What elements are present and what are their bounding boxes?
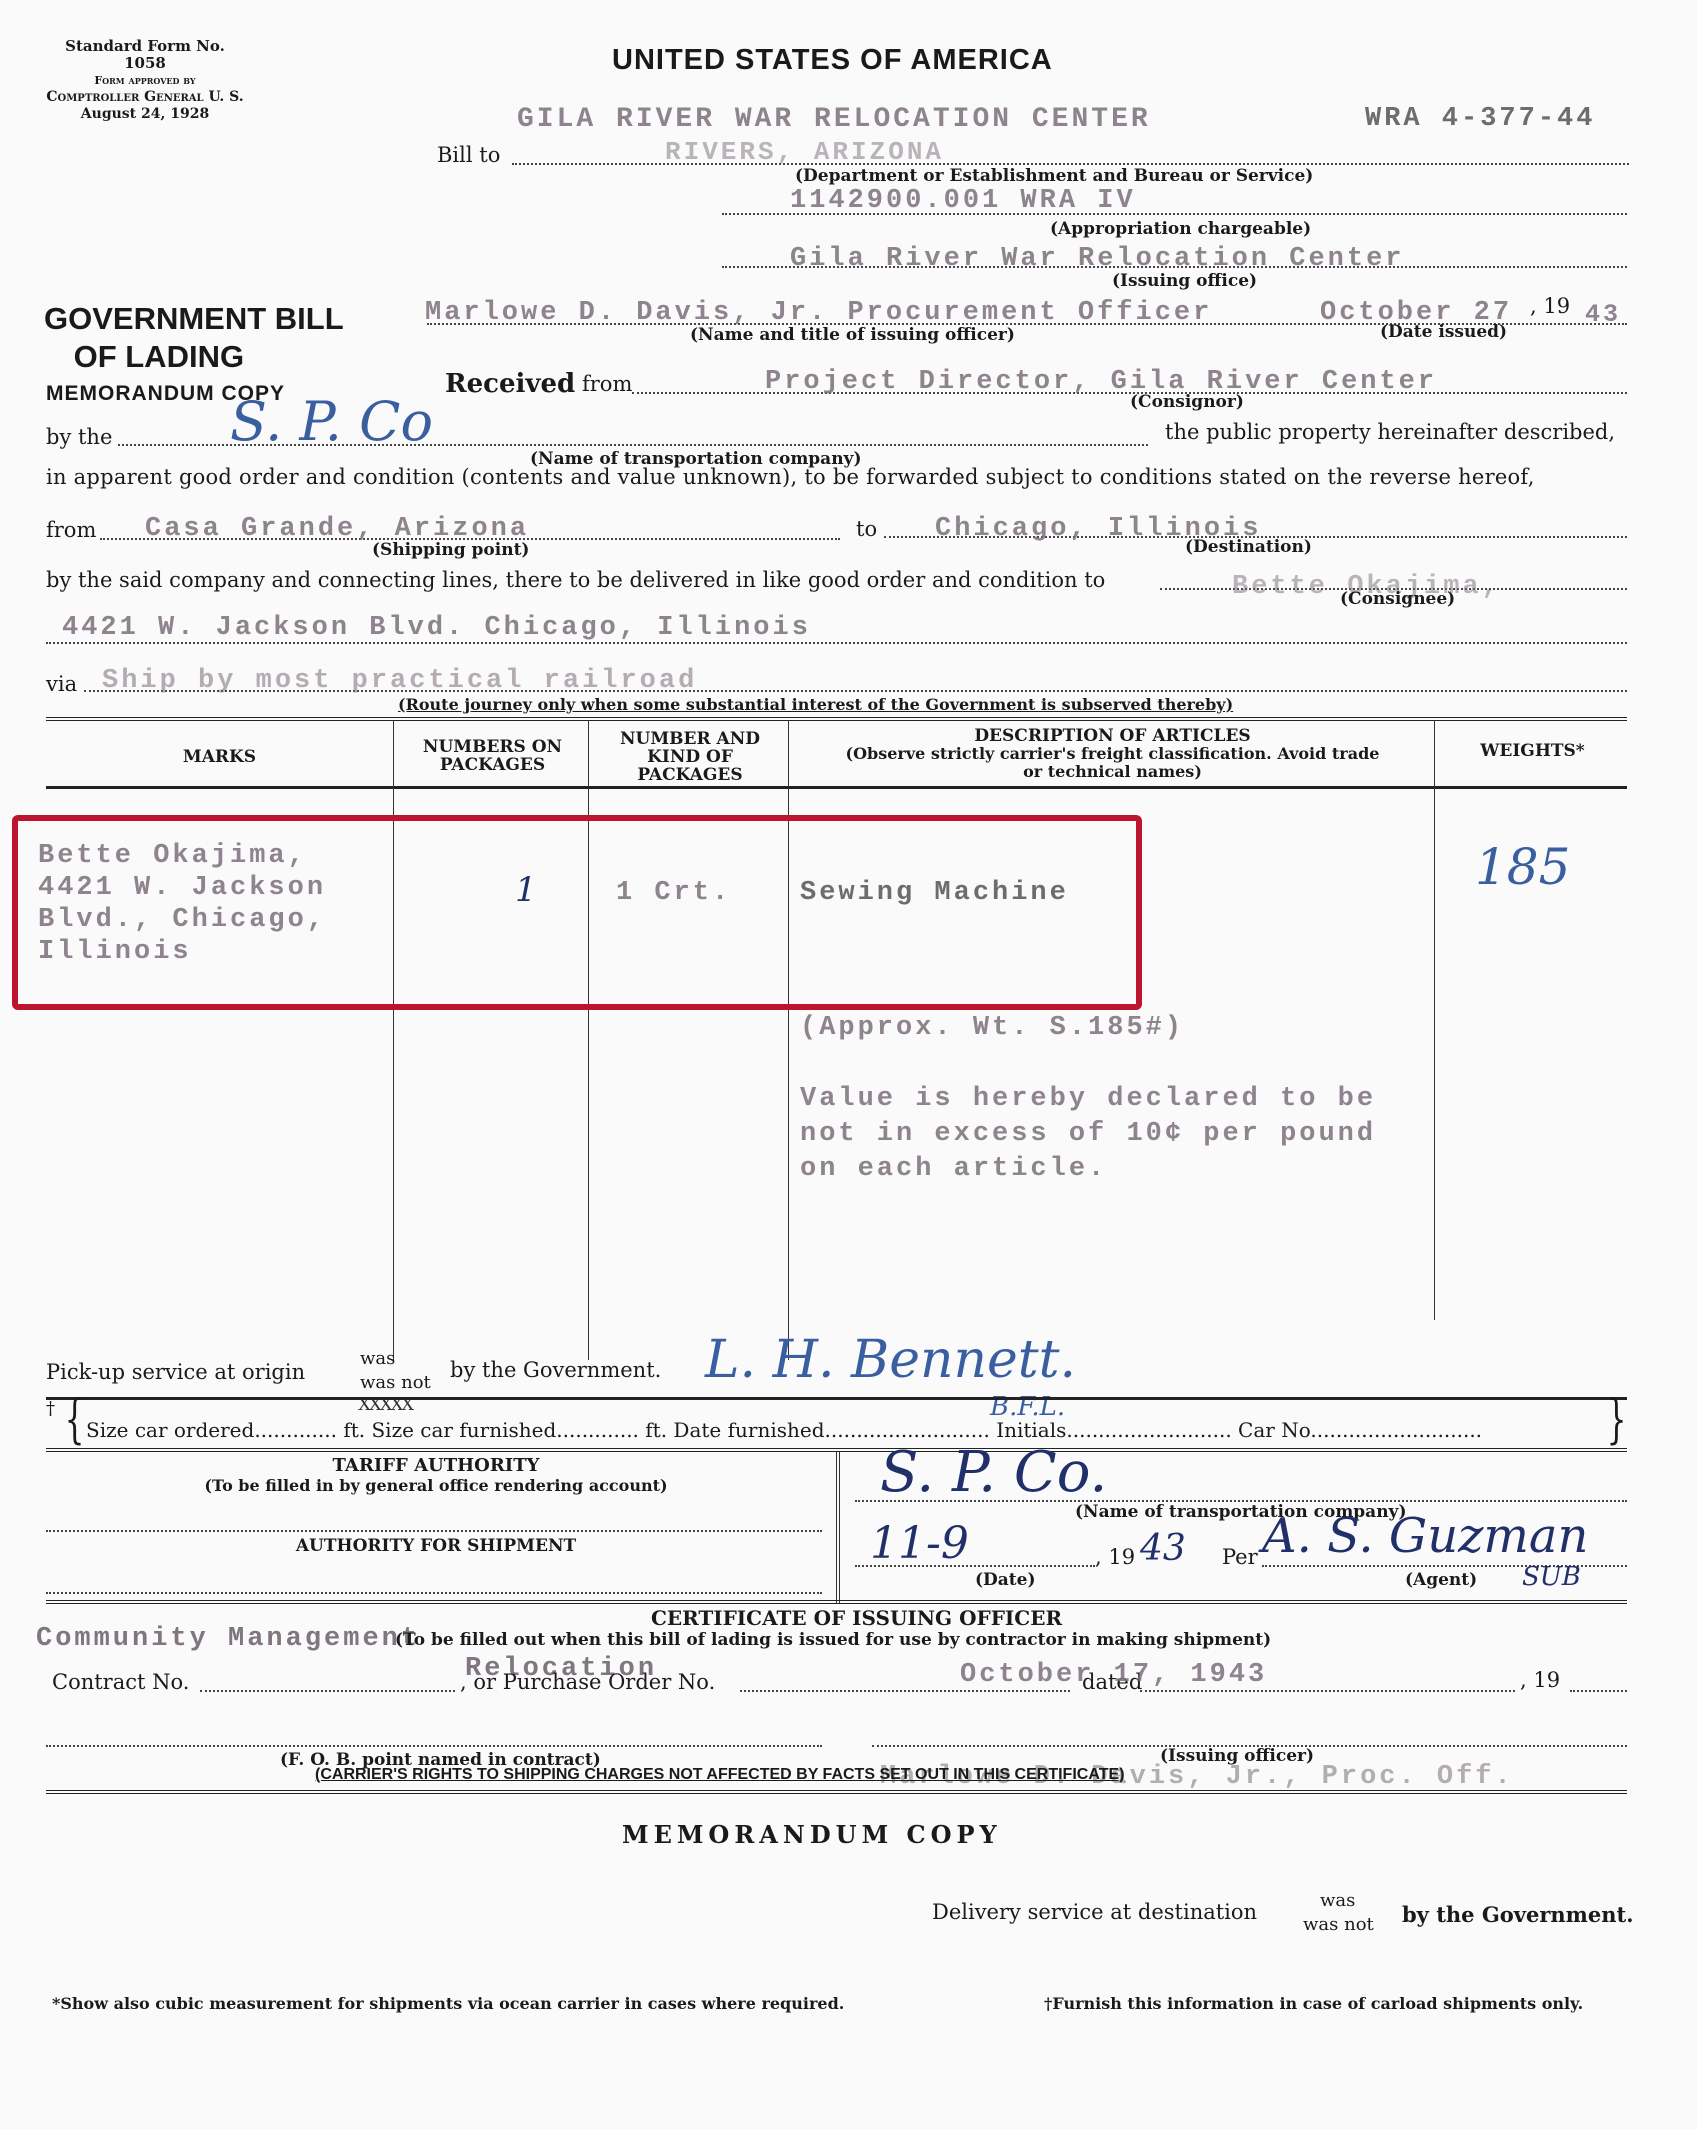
agent-year-value: 43 xyxy=(1140,1528,1186,1569)
destination-caption: (Destination) xyxy=(1185,537,1312,557)
certificate-subtitle: (To be filled out when this bill of ladi… xyxy=(395,1630,1271,1650)
pickup-signature: L. H. Bennett. xyxy=(705,1330,1076,1390)
size-car-furnished-label: ft. Size car furnished xyxy=(343,1418,556,1442)
bill-to-value-2: RIVERS, ARIZONA xyxy=(665,137,944,167)
bill-title-line2: OF LADING xyxy=(44,338,344,376)
car-no-label: Car No. xyxy=(1238,1418,1317,1442)
form-approved-by: Form approved by xyxy=(45,72,245,89)
footer-memorandum-copy: MEMORANDUM COPY xyxy=(622,1820,1002,1849)
initials-label: Initials xyxy=(996,1418,1066,1442)
form-number: WRA 4-377-44 xyxy=(1365,104,1595,134)
delivery-was: was xyxy=(1320,1890,1355,1911)
table-top-rule xyxy=(46,717,1627,721)
from-shipping-label: from xyxy=(46,518,96,542)
header-description: DESCRIPTION OF ARTICLES (Observe strictl… xyxy=(800,727,1425,781)
form-approval-block: Standard Form No. 1058 Form approved by … xyxy=(45,38,245,123)
via-value: Ship by most practical railroad xyxy=(102,666,697,696)
condition-text: in apparent good order and condition (co… xyxy=(46,465,1646,489)
dated-value: October 17, 1943 xyxy=(960,1660,1267,1690)
value-line-2: not in excess of 10¢ per pound xyxy=(800,1117,1376,1152)
delivery-was-not: was not xyxy=(1303,1914,1374,1935)
agent-year-prefix: , 19 xyxy=(1095,1545,1135,1569)
standard-form-number: Standard Form No. 1058 xyxy=(45,38,245,72)
header-numbers-on-packages: NUMBERS ON PACKAGES xyxy=(410,738,575,774)
agent-suffix: SUB xyxy=(1522,1562,1581,1592)
dated-year-line xyxy=(1570,1690,1627,1692)
agent-date-value: 11-9 xyxy=(870,1518,969,1569)
col-divider-4 xyxy=(1434,720,1435,1320)
comptroller-general: Comptroller General U. S. xyxy=(45,89,245,106)
header-description-note: (Observe strictly carrier's freight clas… xyxy=(800,745,1425,781)
header-description-title: DESCRIPTION OF ARTICLES xyxy=(800,727,1425,745)
consignor-caption: (Consignor) xyxy=(1130,392,1244,412)
car-brace-left: { xyxy=(65,1392,85,1448)
footnote-star: *Show also cubic measurement for shipmen… xyxy=(52,1994,844,2013)
appropriation-caption: (Appropriation chargeable) xyxy=(1050,219,1311,239)
size-car-ordered-label: Size car ordered xyxy=(86,1418,254,1442)
tariff-divider xyxy=(836,1452,840,1604)
footnote-dagger: †Furnish this information in case of car… xyxy=(1044,1994,1583,2013)
bill-to-value: GILA RIVER WAR RELOCATION CENTER xyxy=(517,104,1151,135)
table-header-rule xyxy=(46,786,1627,789)
tariff-subtitle: (To be filled in by general office rende… xyxy=(46,1476,826,1495)
tariff-line xyxy=(46,1530,822,1532)
date-furnished-label: ft. Date furnished xyxy=(645,1418,824,1442)
date-issued-caption: (Date issued) xyxy=(1380,322,1507,342)
tariff-block: TARIFF AUTHORITY (To be filled in by gen… xyxy=(46,1455,826,1495)
from-label: from xyxy=(582,372,632,396)
contract-line xyxy=(200,1690,455,1692)
fob-line xyxy=(46,1745,822,1747)
delivery-by-gov: by the Government. xyxy=(1402,1902,1634,1927)
appropriation-value: 1142900.001 WRA IV xyxy=(790,186,1136,216)
delivered-text: by the said company and connecting lines… xyxy=(46,568,1105,592)
address-value: 4421 W. Jackson Blvd. Chicago, Illinois xyxy=(62,613,811,643)
agent-per-label: Per xyxy=(1222,1545,1258,1569)
officer-caption: (Name and title of issuing officer) xyxy=(690,325,1015,345)
dated-line xyxy=(1140,1690,1515,1692)
officer-value: Marlowe D. Davis, Jr. Procurement Office… xyxy=(425,298,1212,328)
dated-year-prefix: , 19 xyxy=(1520,1668,1560,1692)
car-top-rule xyxy=(46,1397,1627,1400)
row-weight: 185 xyxy=(1475,838,1570,896)
certificate-top-rule xyxy=(46,1600,1627,1604)
bill-to-label: Bill to xyxy=(437,143,500,167)
value-line-1: Value is hereby declared to be xyxy=(800,1082,1376,1117)
contract-label: Contract No. xyxy=(52,1670,189,1694)
agent-caption: (Agent) xyxy=(1405,1570,1477,1590)
car-dagger: † xyxy=(46,1398,55,1419)
received-label: Received xyxy=(445,369,575,399)
public-property-text: the public property hereinafter describe… xyxy=(1165,420,1615,444)
purchase-order-label: , or Purchase Order No. xyxy=(460,1670,715,1694)
date-issued-year-prefix: , 19 xyxy=(1530,294,1570,318)
approx-weight-note: (Approx. Wt. S.185#) xyxy=(800,1013,1184,1043)
date-issued-year: 43 xyxy=(1585,300,1621,329)
agent-company-signature: S. P. Co. xyxy=(880,1440,1107,1505)
bill-title-line1: GOVERNMENT BILL xyxy=(44,300,344,338)
transport-company-signature: S. P. Co xyxy=(230,390,433,453)
header-marks: MARKS xyxy=(46,748,393,766)
by-the-label: by the xyxy=(46,425,112,449)
country-title: UNITED STATES OF AMERICA xyxy=(612,44,1053,77)
agent-signature: A. S. Guzman xyxy=(1262,1508,1588,1564)
via-caption: (Route journey only when some substantia… xyxy=(398,695,1233,714)
pickup-label: Pick-up service at origin xyxy=(46,1360,305,1384)
car-fields: Size car ordered............. ft. Size c… xyxy=(86,1418,1482,1442)
approval-date: August 24, 1928 xyxy=(45,106,245,123)
consignor-value: Project Director, Gila River Center xyxy=(765,367,1437,397)
delivery-label: Delivery service at destination xyxy=(932,1900,1257,1924)
tariff-title: TARIFF AUTHORITY xyxy=(46,1455,826,1476)
agent-date-caption: (Date) xyxy=(975,1570,1036,1590)
bill-title: GOVERNMENT BILL OF LADING xyxy=(44,300,344,376)
pickup-was: was xyxy=(360,1348,395,1369)
issuing-office-caption: (Issuing office) xyxy=(1112,271,1257,291)
bill-to-caption: (Department or Establishment and Bureau … xyxy=(795,166,1313,186)
carrier-rights-notice: (CARRIER'S RIGHTS TO SHIPPING CHARGES NO… xyxy=(315,1766,1124,1784)
value-line-3: on each article. xyxy=(800,1152,1376,1187)
via-label: via xyxy=(46,672,77,696)
pickup-was-not: was not xyxy=(360,1372,431,1393)
highlight-box xyxy=(12,815,1142,1010)
consignee-caption: (Consignee) xyxy=(1340,589,1455,609)
to-label: to xyxy=(856,517,877,541)
purchase-order-line xyxy=(740,1690,1070,1692)
authority-line xyxy=(46,1592,822,1594)
car-brace-right: } xyxy=(1607,1392,1627,1448)
issuing-office-value: Gila River War Relocation Center xyxy=(790,244,1404,274)
authority-for-shipment: AUTHORITY FOR SHIPMENT xyxy=(46,1536,826,1556)
value-declaration: Value is hereby declared to be not in ex… xyxy=(800,1082,1376,1187)
certificate-bottom-rule xyxy=(46,1790,1627,1794)
header-number-kind: NUMBER AND KIND OF PACKAGES xyxy=(605,730,775,784)
certificate-typed-overlay-1: Community Management xyxy=(36,1624,420,1654)
pickup-by-gov: by the Government. xyxy=(450,1358,661,1382)
agent-date-line xyxy=(855,1565,1095,1567)
shipping-point-caption: (Shipping point) xyxy=(372,540,529,560)
header-weights: WEIGHTS* xyxy=(1440,742,1625,760)
